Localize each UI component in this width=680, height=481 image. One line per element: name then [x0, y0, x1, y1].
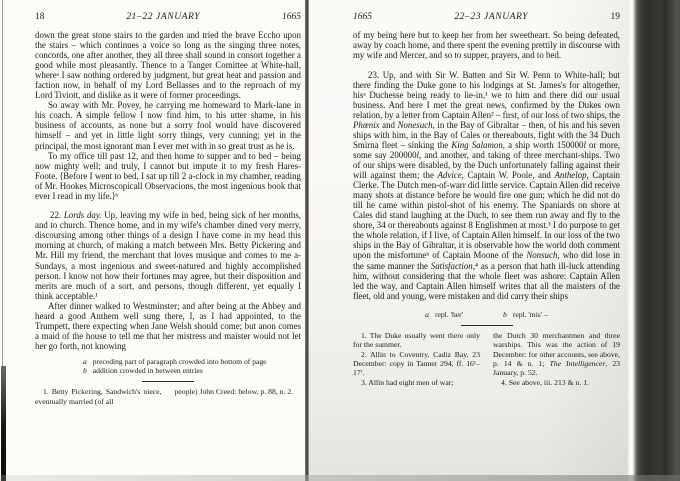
book-edge-dark-band [628, 0, 680, 481]
right-running-year: 1665 [353, 12, 372, 22]
book-scan: 18 21–22 JANUARY 1665 down the great sto… [0, 0, 680, 481]
text-run: the Dutch 30 merchantmen and three warsh… [493, 331, 620, 368]
paragraph: To my office till past 12, and then home… [35, 151, 301, 201]
italic-text: Anthelop [555, 170, 587, 180]
text-run: , who did lose in the same manner the [353, 250, 620, 270]
text-run: , and another, and taking of three merch… [353, 150, 620, 180]
paragraph: down the great stone stairs to the garde… [35, 30, 301, 100]
text-run: 2. Allin to Coventry, Cadiz Bay, 23 Dece… [353, 350, 480, 378]
right-running-head: 1665 22–23 JANUARY 19 [353, 12, 620, 22]
left-page-number: 18 [35, 12, 45, 22]
textual-note: baddition crowded in between entries [83, 366, 301, 375]
left-footnote-column-1: 1. Betty Pickering, Sandwich's niece, ev… [35, 387, 162, 406]
right-page-content: 1665 22–23 JANUARY 19 of my being here b… [353, 12, 620, 387]
left-textual-notes: apreceding part of paragraph crowded int… [83, 357, 301, 375]
text-run: 3. Allin had eight men of war; [361, 378, 453, 387]
right-textual-notes: arepl. 'her'brepl. 'mis' – [353, 310, 620, 319]
italic-text: Phœnix [353, 120, 380, 130]
note-letter: b [503, 310, 507, 319]
text-run: people) John Creed: below, p. 88, n. 2. [175, 387, 294, 396]
left-footnotes: 1. Betty Pickering, Sandwich's niece, ev… [35, 387, 301, 406]
paragraph: After dinner walked to Westminster; and … [35, 301, 301, 351]
left-running-title: 21–22 JANUARY [126, 12, 200, 22]
note-letter: b [83, 366, 87, 375]
italic-text: Nonesuch [398, 120, 433, 130]
italic-text: The Intelligencer [549, 359, 605, 368]
text-run: or more, some say 200000 [353, 140, 620, 160]
textual-note: brepl. 'mis' – [503, 310, 548, 319]
text-run: , 23 January, p. 52. [493, 359, 620, 377]
paragraph: the Dutch 30 merchantmen and three warsh… [493, 331, 620, 378]
right-footnote-column-2: the Dutch 30 merchantmen and three warsh… [493, 331, 620, 387]
note-letter: a [83, 357, 87, 366]
text-run: and [380, 120, 398, 130]
right-page-number: 19 [610, 12, 620, 22]
paragraph: of my being here but to keep her from he… [353, 30, 620, 60]
right-body-text: of my being here but to keep her from he… [353, 30, 620, 301]
italic-text: Satisfaction [431, 261, 473, 271]
left-running-year: 1665 [282, 12, 301, 22]
italic-text: Advice [438, 170, 462, 180]
left-page: 18 21–22 JANUARY 1665 down the great sto… [3, 0, 305, 481]
textual-note: arepl. 'her' [425, 310, 463, 319]
left-page-content: 18 21–22 JANUARY 1665 down the great sto… [35, 12, 301, 406]
paragraph: 3. Allin had eight men of war; [353, 378, 480, 387]
paragraph: 23. Up, and with Sir W. Batten and Sir W… [353, 70, 620, 301]
left-body-text: down the great stone stairs to the garde… [35, 30, 301, 351]
text-run: 1. The Duke usually went there only for … [353, 331, 480, 349]
paragraph: 1. The Duke usually went there only for … [353, 331, 480, 350]
paragraph: 4. See above, iii. 213 & n. 1. [493, 378, 620, 387]
text-run: 22. [50, 210, 64, 220]
note-text: preceding part of paragraph crowded into… [93, 357, 267, 366]
text-run: Up, leaving my wife in bed, being sick o… [35, 210, 301, 300]
book-gutter-line [305, 0, 309, 481]
right-running-title: 22–23 JANUARY [454, 12, 528, 22]
italic-text: Lords day. [64, 210, 102, 220]
note-text: repl. 'her' [435, 310, 463, 319]
left-footnote-rule [142, 381, 194, 382]
page-left-edge-shadow [1, 366, 6, 481]
text-run: , a ship worth 150000 [503, 140, 584, 150]
text-run: , in the Bay of Gibraltar – then, of his… [353, 120, 620, 150]
left-footnote-column-2: people) John Creed: below, p. 88, n. 2. [175, 387, 302, 406]
note-text: repl. 'mis' – [513, 310, 548, 319]
text-run: 4. See above, iii. 213 & n. 1. [501, 378, 589, 387]
italic-text: King Salamon [451, 140, 502, 150]
text-run: of my being here but to keep her from he… [353, 30, 620, 60]
text-run: So away with Mr. Povey, he carrying me h… [35, 100, 301, 150]
right-footnote-rule [461, 325, 513, 326]
scan-bottom-shadow [0, 475, 680, 481]
left-running-head: 18 21–22 JANUARY 1665 [35, 12, 301, 22]
right-page: 1665 22–23 JANUARY 19 of my being here b… [309, 0, 628, 481]
text-run: After dinner walked to Westminster; and … [35, 301, 301, 351]
text-run: 1. Betty Pickering, Sandwich's niece, ev… [35, 387, 162, 405]
italic-text: l [417, 150, 419, 160]
text-run: down the great stone stairs to the garde… [35, 30, 301, 100]
note-text: addition crowded in between entries [93, 366, 203, 375]
text-run: , Captain W. Poole, and [462, 170, 555, 180]
italic-text: Nonsuch [526, 250, 557, 260]
textual-note: apreceding part of paragraph crowded int… [83, 357, 301, 366]
note-letter: a [425, 310, 429, 319]
paragraph: So away with Mr. Povey, he carrying me h… [35, 100, 301, 150]
italic-text: l [583, 140, 585, 150]
right-footnotes: 1. The Duke usually went there only for … [353, 331, 620, 387]
paragraph: 1. Betty Pickering, Sandwich's niece, ev… [35, 387, 162, 406]
text-run: 23. Up, and with Sir W. Batten and Sir W… [353, 70, 620, 120]
right-footnote-column-1: 1. The Duke usually went there only for … [353, 331, 480, 387]
text-run: To my office till past 12, and then home… [35, 151, 301, 201]
text-run: , Captain Clerke. The Dutch men-of-warr … [353, 170, 620, 260]
text-run: ,⁴ as a person that hath ill-luck attend… [353, 261, 620, 301]
paragraph: people) John Creed: below, p. 88, n. 2. [175, 387, 302, 396]
paragraph: 22. Lords day. Up, leaving my wife in be… [35, 210, 301, 300]
paragraph: 2. Allin to Coventry, Cadiz Bay, 23 Dece… [353, 350, 480, 378]
